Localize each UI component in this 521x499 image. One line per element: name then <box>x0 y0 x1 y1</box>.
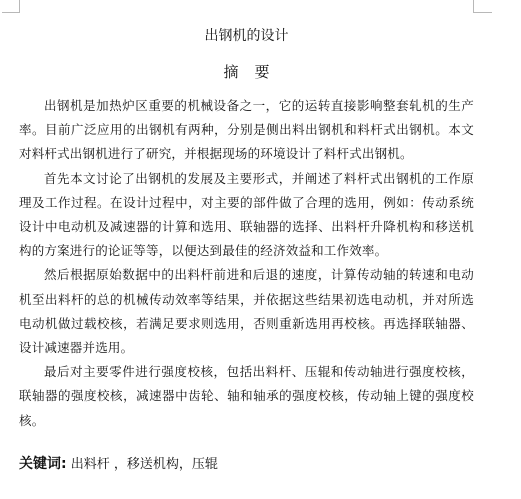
abstract-paragraph-4: 最后对主要零件进行强度校核，包括出料杆、压辊和传动轴进行强度校核，联轴器的强度校… <box>19 360 474 433</box>
abstract-paragraph-2: 首先本文讨论了出钢机的发展及主要形式，并阐述了料杆式出钢机的工作原理及工作过程。… <box>19 167 474 264</box>
page-corner-mark-top-right <box>473 0 492 13</box>
abstract-paragraph-1: 出钢机是加热炉区重要的机械设备之一，它的运转直接影响整套轧机的生产率。目前广泛应… <box>19 94 474 167</box>
document-title: 出钢机的设计 <box>19 26 474 46</box>
abstract-heading-char-1: 摘 <box>223 62 238 82</box>
keywords-value: 出料杆 ，移送机构，压辊 <box>67 457 218 472</box>
abstract-body: 出钢机是加热炉区重要的机械设备之一，它的运转直接影响整套轧机的生产率。目前广泛应… <box>19 94 474 433</box>
page-corner-mark-top-left <box>2 0 20 13</box>
keywords-line: 关键词: 出料杆 ，移送机构，压辊 <box>19 454 474 475</box>
abstract-heading-char-2: 要 <box>255 62 270 82</box>
abstract-paragraph-3: 然后根据原始数据中的出料杆前进和后退的速度，计算传动轴的转速和电动机至出料杆的总… <box>19 263 474 360</box>
keywords-label: 关键词: <box>19 456 67 472</box>
abstract-heading: 摘要 <box>19 62 474 82</box>
document-page: 出钢机的设计 摘要 出钢机是加热炉区重要的机械设备之一，它的运转直接影响整套轧机… <box>19 26 474 475</box>
